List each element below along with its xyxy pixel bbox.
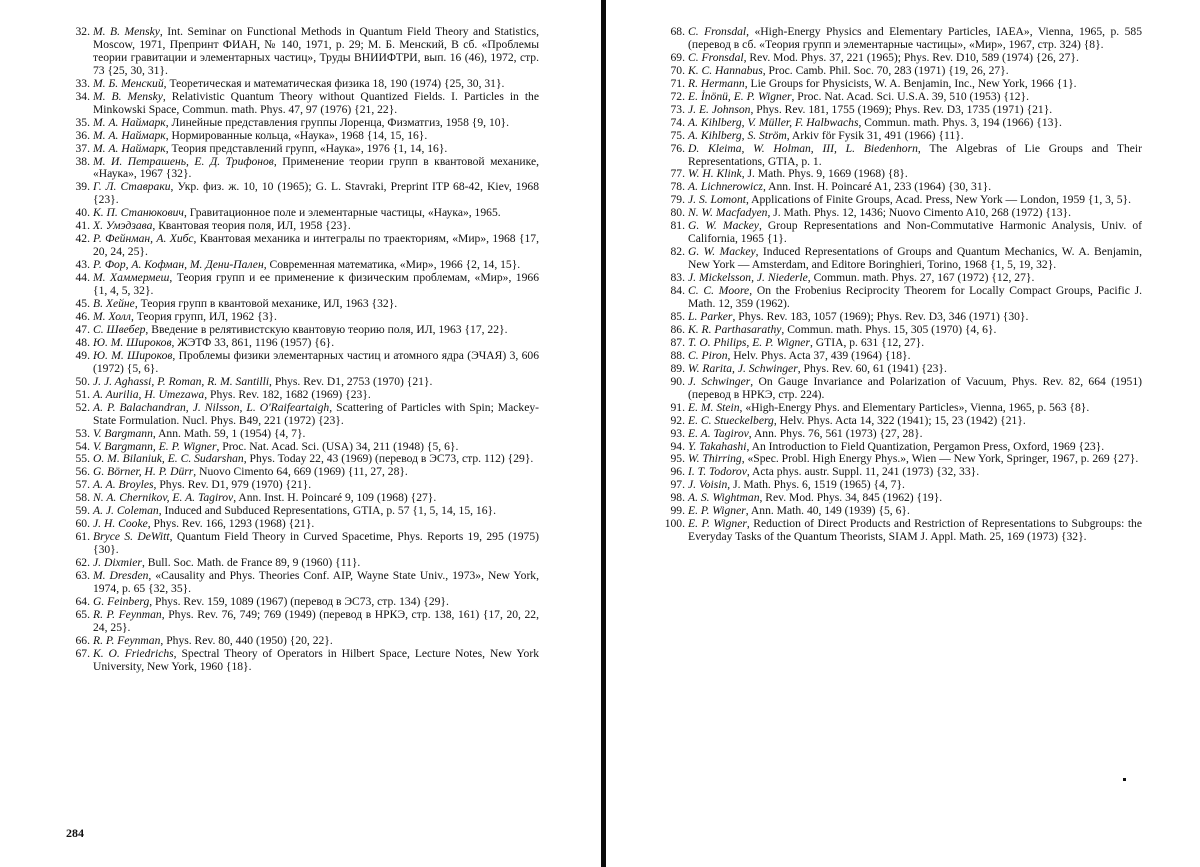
reference-authors: С. Швебер (93, 323, 145, 336)
reference-number: 48. (66, 337, 90, 350)
reference-number: 66. (66, 635, 90, 648)
reference-authors: T. O. Philips, E. P. Wigner (688, 336, 810, 349)
reference-entry: 84.C. C. Moore, On the Frobenius Recipro… (664, 285, 1142, 311)
reference-citation: , Applications of Finite Groups, Acad. P… (746, 193, 1131, 206)
reference-citation: , Commun. math. Phys. 3, 194 (1966) {13}… (858, 116, 1061, 129)
reference-citation: , Теория групп в квантовой механике, ИЛ,… (135, 297, 397, 310)
reference-authors: R. P. Feynman (93, 608, 162, 621)
reference-citation: , Phys. Rev. 166, 1293 (1968) {21}. (148, 517, 315, 530)
reference-authors: A. S. Wightman (688, 491, 760, 504)
reference-authors: Y. Takahashi (688, 440, 746, 453)
reference-authors: В. Хейне (93, 297, 135, 310)
reference-citation: , Phys. Rev. 181, 1755 (1969); Phys. Rev… (750, 103, 1052, 116)
reference-number: 85. (664, 311, 685, 324)
reference-authors: V. Bargmann, E. P. Wigner (93, 440, 216, 453)
reference-number: 50. (66, 376, 90, 389)
reference-authors: Ю. М. Широков (93, 336, 172, 349)
reference-entry: 63.M. Dresden, «Causality and Phys. Theo… (66, 570, 539, 596)
reference-entry: 39.Г. Л. Ставраки, Укр. физ. ж. 10, 10 (… (66, 181, 539, 207)
reference-authors: J. Mickelsson, J. Niederle (688, 271, 808, 284)
reference-number: 52. (66, 402, 90, 415)
reference-number: 61. (66, 531, 90, 544)
reference-authors: E. M. Stein (688, 401, 740, 414)
reference-authors: A. Lichnerowicz (688, 180, 763, 193)
reference-number: 68. (664, 26, 685, 39)
reference-citation: , Rev. Mod. Phys. 37, 221 (1965); Phys. … (744, 51, 1079, 64)
reference-authors: E. İnönü, E. P. Wigner (688, 90, 791, 103)
reference-number: 72. (664, 91, 685, 104)
reference-authors: М. Холл (93, 310, 131, 323)
reference-citation: , Proc. Camb. Phil. Soc. 70, 283 (1971) … (763, 64, 1009, 77)
reference-entry: 82.G. W. Mackey, Induced Representations… (664, 246, 1142, 272)
reference-authors: M. Dresden (93, 569, 148, 582)
reference-authors: Р. Фор, А. Кофман, М. Дени-Пален (93, 258, 264, 271)
reference-authors: C. Piron (688, 349, 728, 362)
reference-authors: E. P. Wigner (688, 504, 746, 517)
reference-citation: , Phys. Rev. 159, 1089 (1967) (перевод в… (149, 595, 449, 608)
reference-citation: , Int. Seminar on Functional Methods in … (93, 25, 539, 77)
reference-citation: , Helv. Phys. Acta 14, 322 (1941); 15, 2… (774, 414, 1026, 427)
reference-authors: J. Schwinger (688, 375, 750, 388)
reference-citation: , Линейные представления группы Лоренца,… (166, 116, 509, 129)
reference-authors: K. R. Parthasarathy (688, 323, 781, 336)
reference-citation: , An Introduction to Field Quantization,… (746, 440, 1104, 453)
reference-authors: A. Kihlberg, V. Müller, F. Halbwachs (688, 116, 858, 129)
reference-number: 44. (66, 272, 90, 285)
reference-authors: V. Bargmann (93, 427, 153, 440)
reference-authors: C. Fronsdal (688, 51, 744, 64)
reference-entry: 81.G. W. Mackey, Group Representations a… (664, 220, 1142, 246)
page-number: 284 (66, 826, 84, 841)
left-page-references: 32.M. B. Mensky, Int. Seminar on Functio… (66, 26, 539, 674)
reference-citation: , ЖЭТФ 33, 861, 1196 (1957) {6}. (172, 336, 335, 349)
reference-citation: , GTIA, p. 631 {12, 27}. (810, 336, 924, 349)
reference-citation: , Phys. Rev. D1, 979 (1970) {21}. (154, 478, 312, 491)
reference-citation: , «High-Energy Phys. and Elementary Part… (740, 401, 1090, 414)
reference-citation: , «Causality and Phys. Theories Conf. AI… (93, 569, 539, 595)
reference-entry: 100.E. P. Wigner, Reduction of Direct Pr… (664, 518, 1142, 544)
reference-citation: , Lie Groups for Physicists, W. A. Benja… (745, 77, 1077, 90)
reference-entry: 76.D. Kleima, W. Holman, III, L. Biedenh… (664, 143, 1142, 169)
reference-number: 32. (66, 26, 90, 39)
reference-citation: , Ann. Inst. H. Poincaré 9, 109 (1968) {… (233, 491, 436, 504)
reference-authors: E. A. Tagirov (688, 427, 749, 440)
reference-citation: , Современная математика, «Мир», 1966 {2… (264, 258, 521, 271)
reference-entry: 65.R. P. Feynman, Phys. Rev. 76, 749; 76… (66, 609, 539, 635)
reference-citation: , Phys. Rev. 60, 61 (1941) {23}. (798, 362, 947, 375)
reference-authors: A. Kihlberg, S. Ström (688, 129, 787, 142)
right-page-references: 68.C. Fronsdal, «High-Energy Physics and… (664, 26, 1142, 544)
reference-citation: , Нормированные кольца, «Наука», 1968 {1… (166, 129, 428, 142)
reference-authors: E. P. Wigner (688, 517, 747, 530)
reference-authors: G. W. Mackey (688, 219, 759, 232)
reference-authors: G. W. Mackey (688, 245, 756, 258)
reference-citation: , Phys. Rev. 182, 1682 (1969) {23}. (204, 388, 371, 401)
reference-citation: , Введение в релятивистскую квантовую те… (145, 323, 507, 336)
reference-authors: М. Хаммермеш (93, 271, 169, 284)
reference-citation: , Теория представлений групп, «Наука», 1… (166, 142, 448, 155)
reference-citation: , Квантовая теория поля, ИЛ, 1958 {23}. (152, 219, 350, 232)
reference-number: 51. (66, 389, 90, 402)
reference-citation: , Ann. Inst. H. Poincaré A1, 233 (1964) … (763, 180, 991, 193)
reference-authors: Г. Л. Ставраки (93, 180, 171, 193)
reference-citation: , Commun. math. Phys. 27, 167 (1972) {12… (808, 271, 1035, 284)
reference-number: 47. (66, 324, 90, 337)
reference-citation: , Ann. Phys. 76, 561 (1973) {27, 28}. (749, 427, 923, 440)
reference-number: 82. (664, 246, 685, 259)
reference-number: 90. (664, 376, 685, 389)
reference-citation: , Ann. Math. 40, 149 (1939) {5, 6}. (746, 504, 910, 517)
reference-authors: Р. Фейнман, А. Хибс (93, 232, 193, 245)
reference-authors: A. Aurilia, H. Umezawa (93, 388, 204, 401)
reference-authors: K. O. Friedrichs (93, 647, 174, 660)
reference-citation: , «Spec. Probl. High Energy Phys.», Wien… (742, 452, 1139, 465)
reference-authors: J. Voisin (688, 478, 727, 491)
reference-number: 36. (66, 130, 90, 143)
reference-authors: К. П. Станюкович (93, 206, 184, 219)
reference-authors: М. А. Наймарк (93, 129, 166, 142)
reference-entry: 90.J. Schwinger, On Gauge Invariance and… (664, 376, 1142, 402)
reference-authors: D. Kleima, W. Holman, III, L. Biedenhorn (688, 142, 918, 155)
reference-authors: Bryce S. DeWitt (93, 530, 170, 543)
reference-number: 63. (66, 570, 90, 583)
reference-authors: N. A. Chernikov, E. A. Tagirov (93, 491, 233, 504)
reference-number: 42. (66, 233, 90, 246)
reference-authors: R. Hermann (688, 77, 745, 90)
reference-authors: N. W. Macfadyen (688, 206, 767, 219)
reference-citation: , J. Math. Phys. 6, 1519 (1965) {4, 7}. (727, 478, 905, 491)
reference-citation: , Reduction of Direct Products and Restr… (688, 517, 1142, 543)
reference-entry: 42.Р. Фейнман, А. Хибс, Квантовая механи… (66, 233, 539, 259)
reference-authors: R. P. Feynman (93, 634, 160, 647)
reference-authors: A. A. Broyles (93, 478, 154, 491)
reference-authors: G. Feinberg (93, 595, 149, 608)
reference-entry: 67.K. O. Friedrichs, Spectral Theory of … (66, 648, 539, 674)
reference-number: 38. (66, 156, 90, 169)
reference-authors: E. C. Stueckelberg (688, 414, 774, 427)
reference-number: 53. (66, 428, 90, 441)
reference-authors: J. E. Johnson (688, 103, 750, 116)
reference-authors: J. Dixmier (93, 556, 142, 569)
reference-entry: 68.C. Fronsdal, «High-Energy Physics and… (664, 26, 1142, 52)
reference-citation: , Теория групп, ИЛ, 1962 {3}. (131, 310, 277, 323)
reference-authors: М. И. Петрашень, Е. Д. Трифонов (93, 155, 274, 168)
reference-authors: I. T. Todorov (688, 465, 747, 478)
reference-citation: , J. Math. Phys. 12, 1436; Nuovo Cimento… (767, 206, 1071, 219)
reference-entry: 52.A. P. Balachandran, J. Nilsson, L. O'… (66, 402, 539, 428)
reference-authors: М. А. Наймарк (93, 116, 166, 129)
reference-citation: , On the Frobenius Reciprocity Theorem f… (688, 284, 1142, 310)
reference-entry: 32.M. B. Mensky, Int. Seminar on Functio… (66, 26, 539, 78)
reference-number: 39. (66, 181, 90, 194)
reference-number: 89. (664, 363, 685, 376)
reference-number: 88. (664, 350, 685, 363)
reference-citation: , Arkiv för Fysik 31, 491 (1966) {11}. (787, 129, 964, 142)
reference-citation: , Helv. Phys. Acta 37, 439 (1964) {18}. (728, 349, 911, 362)
reference-citation: , Rev. Mod. Phys. 34, 845 (1962) {19}. (760, 491, 943, 504)
reference-citation: , Acta phys. austr. Suppl. 11, 241 (1973… (747, 465, 979, 478)
reference-number: 65. (66, 609, 90, 622)
reference-citation: , Phys. Rev. 80, 440 (1950) {20, 22}. (160, 634, 332, 647)
reference-number: 86. (664, 324, 685, 337)
reference-authors: Ю. М. Широков (93, 349, 172, 362)
reference-authors: C. Fronsdal (688, 25, 746, 38)
reference-authors: Х. Умэдзава (93, 219, 152, 232)
reference-authors: W. H. Klink (688, 167, 742, 180)
reference-number: 69. (664, 52, 685, 65)
reference-authors: A. P. Balachandran, J. Nilsson, L. O'Rai… (93, 401, 329, 414)
reference-citation: , Proc. Nat. Acad. Sci. (USA) 34, 211 (1… (216, 440, 458, 453)
reference-authors: J. H. Cooke (93, 517, 148, 530)
reference-number: 67. (66, 648, 90, 661)
reference-number: 73. (664, 104, 685, 117)
reference-authors: М. А. Наймарк (93, 142, 166, 155)
reference-citation: , Induced Representations of Groups and … (688, 245, 1142, 271)
reference-citation: , Bull. Soc. Math. de France 89, 9 (1960… (142, 556, 360, 569)
reference-number: 34. (66, 91, 90, 104)
reference-entry: 44.М. Хаммермеш, Теория групп и ее приме… (66, 272, 539, 298)
reference-number: 64. (66, 596, 90, 609)
reference-citation: , J. Math. Phys. 9, 1669 (1968) {8}. (742, 167, 908, 180)
reference-number: 100. (664, 518, 685, 531)
reference-entry: 34.M. B. Mensky, Relativistic Quantum Th… (66, 91, 539, 117)
reference-number: 75. (664, 130, 685, 143)
reference-citation: , Теоретическая и математическая физика … (164, 77, 505, 90)
reference-citation: , Ann. Math. 59, 1 (1954) {4, 7}. (153, 427, 306, 440)
reference-citation: , Phys. Today 22, 43 (1969) (перевод в Э… (244, 452, 534, 465)
reference-authors: M. B. Mensky (93, 25, 160, 38)
reference-authors: G. Börner, H. P. Dürr (93, 465, 193, 478)
reference-number: 37. (66, 143, 90, 156)
reference-number: 91. (664, 402, 685, 415)
reference-number: 33. (66, 78, 90, 91)
reference-citation: , On Gauge Invariance and Polarization o… (688, 375, 1142, 401)
reference-number: 74. (664, 117, 685, 130)
reference-number: 93. (664, 428, 685, 441)
reference-citation: , Proc. Nat. Acad. Sci. U.S.A. 39, 510 (… (791, 90, 1029, 103)
reference-number: 92. (664, 415, 685, 428)
reference-citation: , Induced and Subduced Representations, … (159, 504, 496, 517)
reference-citation: , Phys. Rev. 183, 1057 (1969); Phys. Rev… (732, 310, 1028, 323)
reference-number: 84. (664, 285, 685, 298)
reference-authors: W. Rarita, J. Schwinger (688, 362, 798, 375)
reference-entry: 38.М. И. Петрашень, Е. Д. Трифонов, Прим… (66, 156, 539, 182)
book-spine-divider (601, 0, 606, 867)
reference-entry: 49.Ю. М. Широков, Проблемы физики элемен… (66, 350, 539, 376)
reference-number: 76. (664, 143, 685, 156)
reference-authors: M. B. Mensky (93, 90, 163, 103)
reference-citation: , Phys. Rev. D1, 2753 (1970) {21}. (269, 375, 432, 388)
reference-citation: , Гравитационное поле и элементарные час… (184, 206, 501, 219)
reference-authors: J. J. Aghassi, P. Roman, R. M. Santilli (93, 375, 269, 388)
reference-citation: , «High-Energy Physics and Elementary Pa… (688, 25, 1142, 51)
reference-authors: L. Parker (688, 310, 732, 323)
reference-number: 49. (66, 350, 90, 363)
reference-authors: J. S. Lomont (688, 193, 746, 206)
reference-citation: , Commun. math. Phys. 15, 305 (1970) {4,… (781, 323, 996, 336)
reference-authors: O. M. Bilaniuk, E. C. Sudarshan (93, 452, 244, 465)
reference-citation: , Nuovo Cimento 64, 669 (1969) {11, 27, … (193, 465, 408, 478)
reference-authors: М. Б. Менский (93, 77, 164, 90)
print-speck (1123, 778, 1126, 781)
reference-number: 81. (664, 220, 685, 233)
reference-authors: W. Thirring (688, 452, 742, 465)
reference-authors: C. C. Moore (688, 284, 749, 297)
reference-number: 35. (66, 117, 90, 130)
reference-number: 46. (66, 311, 90, 324)
reference-number: 71. (664, 78, 685, 91)
reference-number: 70. (664, 65, 685, 78)
reference-number: 87. (664, 337, 685, 350)
reference-authors: A. J. Coleman (93, 504, 159, 517)
reference-entry: 61.Bryce S. DeWitt, Quantum Field Theory… (66, 531, 539, 557)
reference-authors: K. C. Hannabus (688, 64, 763, 77)
